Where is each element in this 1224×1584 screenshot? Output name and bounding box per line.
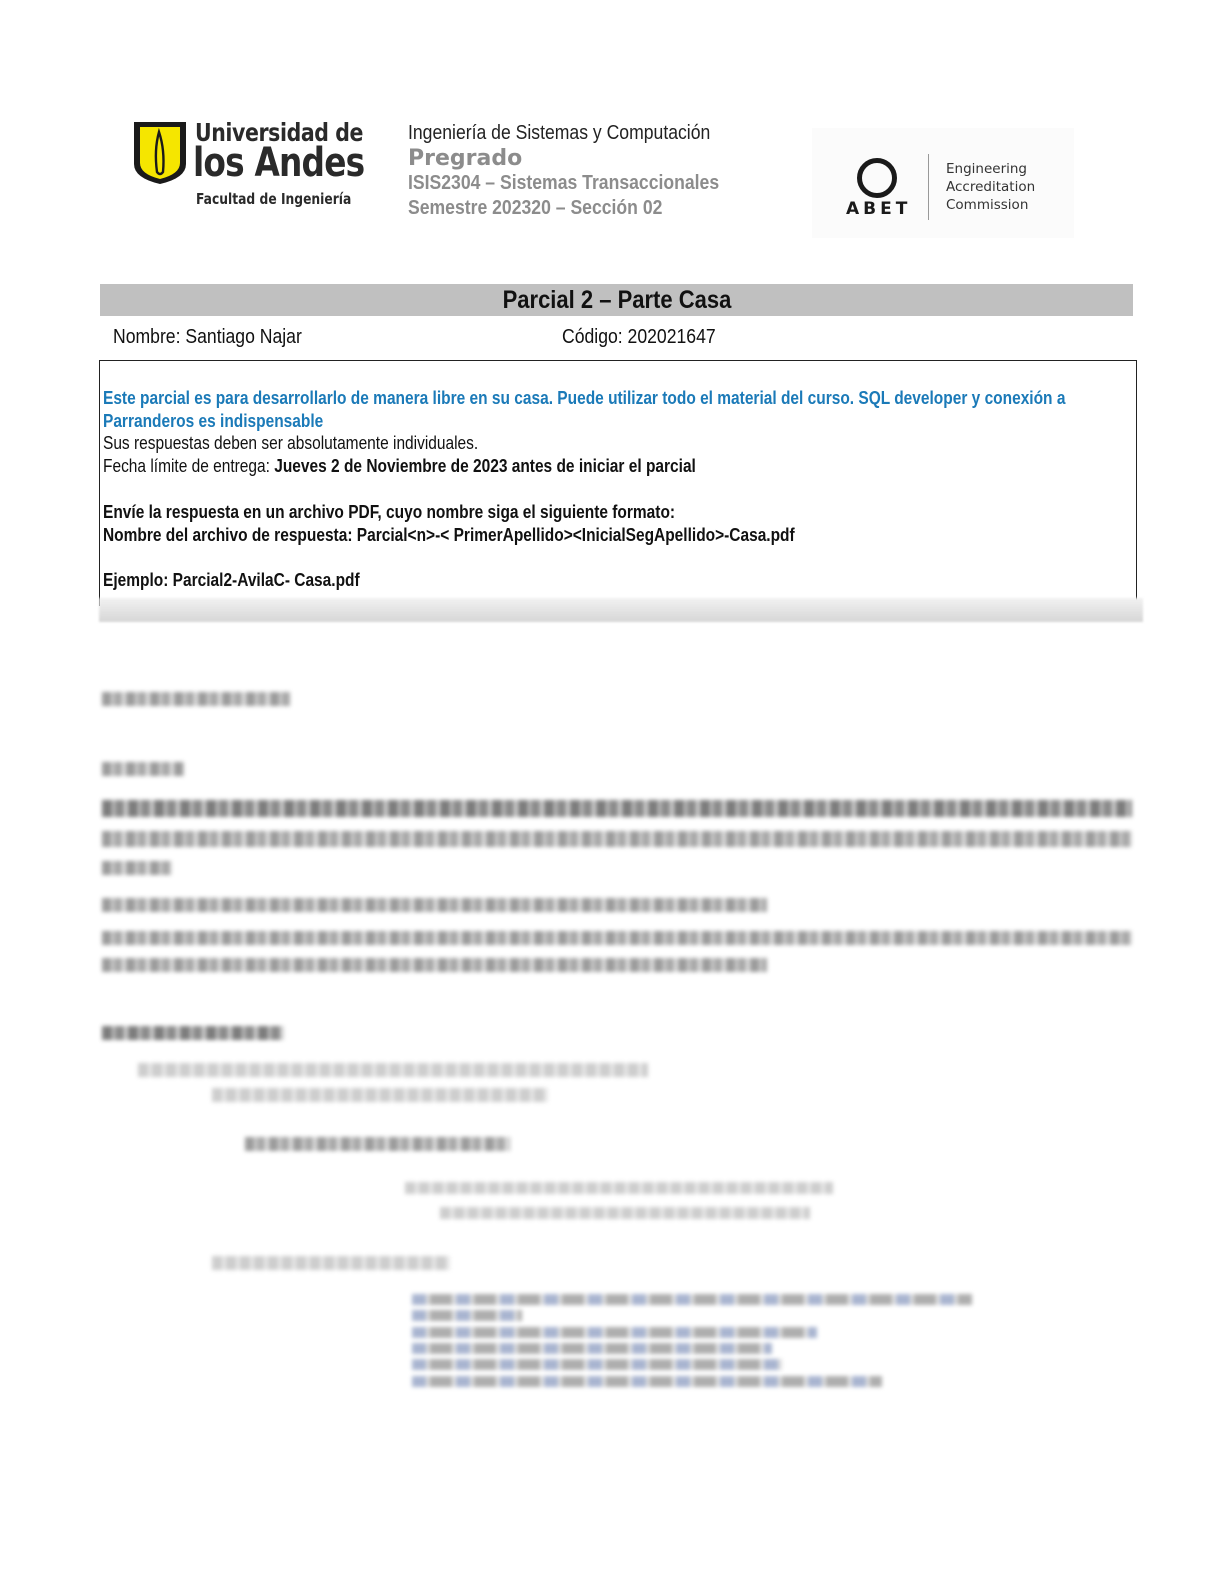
- department-name: Ingeniería de Sistemas y Computación: [408, 120, 719, 146]
- blurred-list-item: [138, 1063, 648, 1077]
- blurred-result-table-header: [405, 1182, 833, 1194]
- student-name: Nombre: Santiago Najar: [113, 326, 302, 349]
- blurred-paragraph-line: [102, 931, 1132, 945]
- blurred-sql-line: [412, 1310, 522, 1321]
- blurred-sql-line: [412, 1376, 882, 1387]
- deadline-value: Jueves 2 de Noviembre de 2023 antes de i…: [274, 456, 696, 476]
- instructions-filename-format: Nombre del archivo de respuesta: Parcial…: [103, 524, 795, 547]
- instructions-highlight-line2: Parranderos es indispensable: [103, 410, 323, 433]
- blurred-subheading: [102, 1026, 284, 1040]
- shield-icon: [132, 120, 188, 186]
- faculty-name: Facultad de Ingeniería: [196, 190, 351, 208]
- blurred-paragraph-line: [102, 958, 767, 972]
- blurred-list-item: [212, 1256, 450, 1270]
- instructions-individual: Sus respuestas deben ser absolutamente i…: [103, 432, 478, 455]
- blurred-section-heading: [102, 692, 290, 706]
- blurred-paragraph-line: [102, 800, 1132, 817]
- semester-section: Semestre 202320 – Sección 02: [408, 196, 719, 221]
- instructions-deadline: Fecha límite de entrega: Jueves 2 de Nov…: [103, 455, 696, 478]
- blurred-paragraph-line: [102, 861, 172, 875]
- blurred-sql-line: [412, 1343, 772, 1354]
- student-code: Código: 202021647: [562, 326, 716, 349]
- instructions-submit-format: Envíe la respuesta en un archivo PDF, cu…: [103, 501, 675, 524]
- abet-logo: ABET Engineering Accreditation Commissio…: [812, 128, 1074, 238]
- instructions-example: Ejemplo: Parcial2-AvilaC- Casa.pdf: [103, 569, 360, 592]
- abet-commission-text: Engineering Accreditation Commission: [946, 160, 1035, 214]
- university-name-line2: los Andes: [193, 140, 364, 186]
- abet-line3: Commission: [946, 196, 1035, 214]
- blurred-list-item: [212, 1088, 548, 1102]
- instructions-box-shadow: [99, 598, 1143, 622]
- blurred-subheading: [102, 762, 184, 776]
- blurred-note: [245, 1137, 510, 1151]
- blurred-paragraph-line: [102, 831, 1132, 847]
- blurred-sql-line: [412, 1327, 817, 1338]
- abet-divider: [928, 154, 929, 220]
- blurred-sql-line: [412, 1294, 972, 1305]
- abet-line2: Accreditation: [946, 178, 1035, 196]
- deadline-label: Fecha límite de entrega:: [103, 456, 274, 476]
- exam-title: Parcial 2 – Parte Casa: [502, 284, 731, 316]
- blurred-result-table-row: [440, 1207, 810, 1219]
- program-level: Pregrado: [408, 146, 762, 171]
- abet-wordmark: ABET: [846, 199, 911, 219]
- department-info: Ingeniería de Sistemas y Computación Pre…: [408, 120, 762, 221]
- abet-line1: Engineering: [946, 160, 1035, 178]
- abet-ring-icon: [857, 158, 897, 198]
- course-name: ISIS2304 – Sistemas Transaccionales: [408, 171, 719, 196]
- blurred-paragraph-line: [102, 898, 767, 912]
- instructions-highlight-line1: Este parcial es para desarrollarlo de ma…: [103, 387, 1065, 410]
- exam-title-band: Parcial 2 – Parte Casa: [100, 284, 1133, 316]
- blurred-sql-line: [412, 1359, 782, 1370]
- uniandes-logo: Universidad de los Andes Facultad de Ing…: [132, 118, 362, 213]
